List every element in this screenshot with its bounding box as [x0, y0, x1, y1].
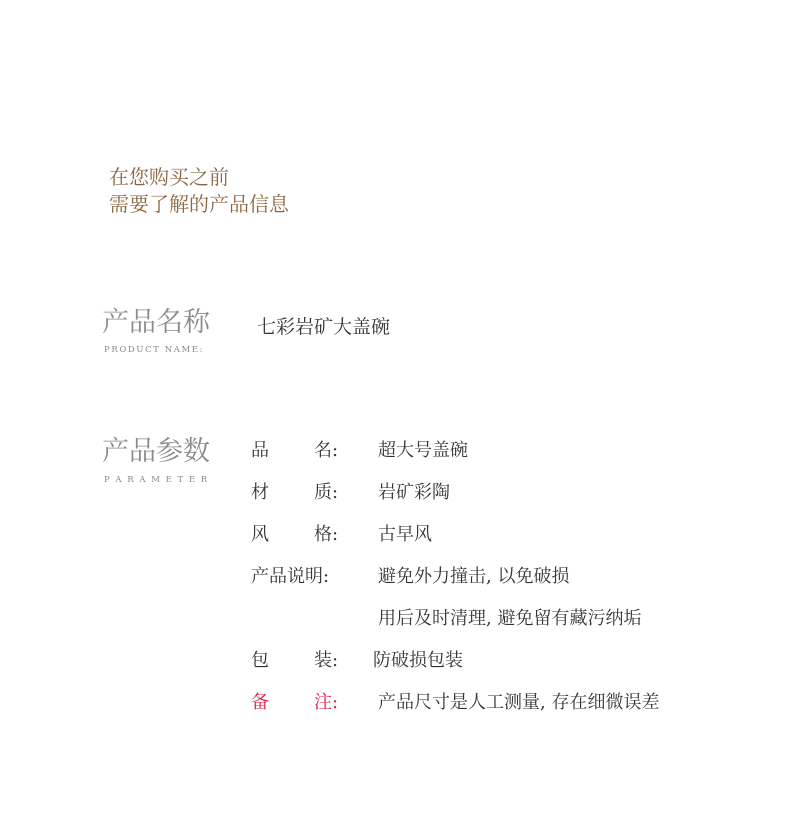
param-key: 包 — [251, 648, 269, 674]
intro-line-1: 在您购买之前 — [109, 164, 289, 191]
param-key: 风 — [251, 522, 269, 548]
param-value: 超大号盖碗 — [378, 438, 468, 464]
param-key: 格: — [314, 522, 338, 548]
parameter-subtitle: P A R A M E T E R — [104, 475, 209, 485]
param-key: 名: — [314, 438, 338, 464]
intro-heading: 在您购买之前 需要了解的产品信息 — [109, 164, 289, 218]
param-key: 备 — [251, 690, 269, 716]
param-value: 用后及时清理, 避免留有藏污纳垢 — [378, 606, 641, 632]
param-key: 产品说明: — [251, 564, 329, 590]
param-value: 产品尺寸是人工测量, 存在细微误差 — [378, 690, 659, 716]
param-key: 品 — [251, 438, 269, 464]
parameter-title: 产品参数 — [102, 437, 210, 467]
param-key: 注: — [314, 690, 338, 716]
param-value: 岩矿彩陶 — [378, 480, 450, 506]
param-value: 古早风 — [378, 522, 432, 548]
param-key: 装: — [314, 648, 338, 674]
product-name-title: 产品名称 — [102, 308, 210, 338]
product-name-value: 七彩岩矿大盖碗 — [257, 314, 390, 340]
param-key: 质: — [314, 480, 338, 506]
product-name-subtitle: PRODUCT NAME: — [104, 345, 204, 355]
param-value: 避免外力撞击, 以免破损 — [378, 564, 569, 590]
param-key: 材 — [251, 480, 269, 506]
intro-line-2: 需要了解的产品信息 — [109, 191, 289, 218]
param-value: 防破损包装 — [373, 648, 463, 674]
